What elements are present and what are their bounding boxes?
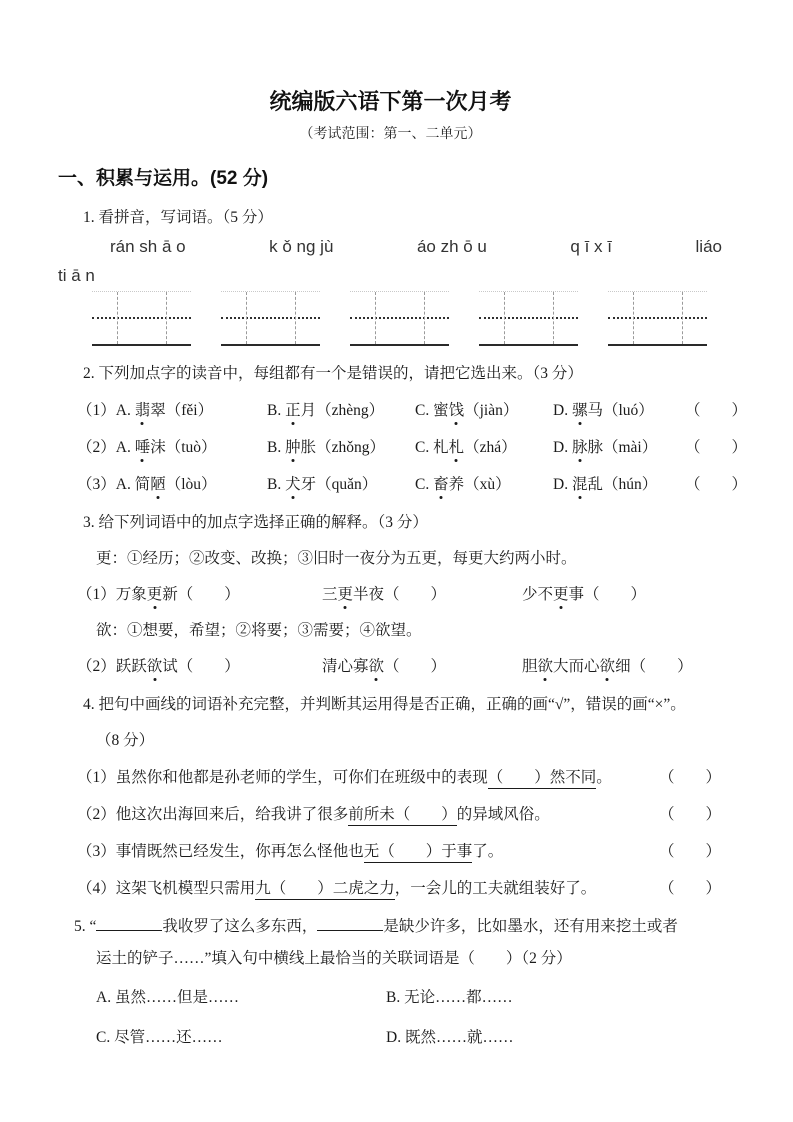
q4-stem-line2: （8 分） [58, 730, 723, 751]
dotted-char: 混 [572, 474, 588, 495]
section-1-heading: 一、积累与运用。(52 分) [58, 163, 723, 190]
judge-blank: （ ） [659, 878, 723, 899]
idiom-item: 清心寡欲（ ） [322, 656, 522, 677]
dotted-char: 更 [147, 584, 163, 605]
dotted-char: 札 [449, 437, 465, 458]
pinyin-word: áo zh ō u [417, 237, 487, 257]
question-5: 5. “我收罗了这么多东西，是缺少许多，比如墨水，还有用来挖土或者 运土的铲子…… [58, 916, 723, 1048]
q1-stem: 1. 看拼音，写词语。（5 分） [58, 207, 723, 228]
q2-row-2: （2）A. 唾沫（tuò） B. 肿胀（zhǒng） C. 札札（zhá） D.… [58, 437, 723, 458]
judge-blank: （ ） [659, 767, 723, 788]
idiom-item: （1）万象更新（ ） [77, 584, 322, 605]
dotted-char: 欲 [538, 656, 554, 677]
sentence: （1）虽然你和他都是孙老师的学生，可你们在班级中的表现（ ）然不同。 [77, 767, 612, 788]
page-title: 统编版六语下第一次月考 [58, 88, 723, 116]
option-d: D. 既然……就…… [386, 1027, 723, 1048]
item-number: （2） [77, 806, 116, 823]
q5-options: A. 虽然……但是…… B. 无论……都…… C. 尽管……还…… D. 既然…… [58, 987, 723, 1048]
question-2: 2. 下列加点字的读音中，每组都有一个是错误的，请把它选出来。（3 分） （1）… [58, 363, 723, 495]
writing-grid [350, 291, 449, 346]
option-b: B. 肿胀（zhǒng） [267, 437, 415, 458]
item-number: （3） [77, 476, 116, 493]
pinyin-word: rán sh ā o [110, 237, 186, 257]
q3-row-2: （2）跃跃欲试（ ） 清心寡欲（ ） 胆欲大而心欲细（ ） [58, 656, 723, 677]
writing-grid [608, 291, 707, 346]
item-number: （2） [77, 658, 116, 675]
underlined-phrase: 无（ ）于事 [364, 843, 473, 863]
answer-blank: （ ） [685, 400, 751, 421]
q4-stem-line1: 4. 把句中画线的词语补充完整，并判断其运用得是否正确，正确的画“√”，错误的画… [58, 694, 723, 715]
option-c: C. 蜜饯（jiàn） [415, 400, 553, 421]
underlined-phrase: 前所未（ ） [348, 806, 457, 826]
dotted-char: 畜 [433, 474, 449, 495]
item-number: （4） [77, 880, 116, 897]
option-a: （3）A. 简陋（lòu） [77, 474, 267, 495]
q2-row-1: （1）A. 翡翠（fěi） B. 正月（zhèng） C. 蜜饯（jiàn） D… [58, 400, 723, 421]
option-c: C. 畜养（xù） [415, 474, 553, 495]
idiom-item: （2）跃跃欲试（ ） [77, 656, 322, 677]
q3-row-1: （1）万象更新（ ） 三更半夜（ ） 少不更事（ ） [58, 584, 723, 605]
item-number: （2） [77, 439, 116, 456]
dotted-char: 正 [285, 400, 301, 421]
option-d: D. 脉脉（mài） [553, 437, 685, 458]
dotted-char: 更 [338, 584, 354, 605]
question-4: 4. 把句中画线的词语补充完整，并判断其运用得是否正确，正确的画“√”，错误的画… [58, 694, 723, 899]
judge-blank: （ ） [659, 804, 723, 825]
sentence: （2）他这次出海回来后，给我讲了很多前所未（ ）的异域风俗。 [77, 804, 550, 825]
idiom-item: 胆欲大而心欲细（ ） [522, 656, 723, 677]
option-b: B. 正月（zhèng） [267, 400, 415, 421]
q4-item-1: （1）虽然你和他都是孙老师的学生，可你们在班级中的表现（ ）然不同。 （ ） [58, 767, 723, 788]
idiom-item: 三更半夜（ ） [322, 584, 522, 605]
underlined-phrase: （ ）然不同 [488, 769, 597, 789]
underlined-phrase: 九（ ）二虎之力 [255, 880, 395, 900]
dotted-char: 更 [553, 584, 569, 605]
q2-row-3: （3）A. 简陋（lòu） B. 犬牙（quǎn） C. 畜养（xù） D. 混… [58, 474, 723, 495]
option-d: D. 混乱（hún） [553, 474, 685, 495]
item-number: （1） [77, 586, 116, 603]
q5-stem-line1: 5. “我收罗了这么多东西，是缺少许多，比如墨水，还有用来挖土或者 [58, 916, 723, 937]
option-d: D. 骡马（luó） [553, 400, 685, 421]
q4-item-3: （3）事情既然已经发生，你再怎么怪他也无（ ）于事了。 （ ） [58, 841, 723, 862]
idiom-item: 少不更事（ ） [522, 584, 723, 605]
q1-writing-grids [92, 291, 723, 346]
option-a: （1）A. 翡翠（fěi） [77, 400, 267, 421]
option-c: C. 札札（zhá） [415, 437, 553, 458]
answer-blank: （ ） [685, 474, 751, 495]
item-number: （1） [77, 769, 116, 786]
q1-pinyin-row: rán sh ā o k ǒ ng jù áo zh ō u q ī x ī l… [110, 237, 722, 257]
writing-grid [221, 291, 320, 346]
option-a: A. 虽然……但是…… [96, 987, 386, 1008]
exam-scope-subtitle: （考试范围：第一、二单元） [58, 123, 723, 143]
fill-blank-line [317, 916, 383, 931]
exam-document: 统编版六语下第一次月考 （考试范围：第一、二单元） 一、积累与运用。(52 分)… [0, 0, 793, 1048]
question-3: 3. 给下列词语中的加点字选择正确的解释。（3 分） 更：①经历；②改变、改换；… [58, 512, 723, 677]
item-number: （3） [77, 843, 116, 860]
dotted-char: 唾 [135, 437, 151, 458]
q4-item-2: （2）他这次出海回来后，给我讲了很多前所未（ ）的异域风俗。 （ ） [58, 804, 723, 825]
sentence: （3）事情既然已经发生，你再怎么怪他也无（ ）于事了。 [77, 841, 503, 862]
dotted-char: 饯 [449, 400, 465, 421]
answer-blank: （ ） [685, 437, 751, 458]
pinyin-word: liáo [696, 237, 722, 257]
pinyin-word-wrapped: ti ā n [58, 266, 723, 286]
fill-blank-line [96, 916, 162, 931]
dotted-char: 犬 [285, 474, 301, 495]
option-b: B. 犬牙（quǎn） [267, 474, 415, 495]
dotted-char: 肿 [285, 437, 301, 458]
writing-grid [479, 291, 578, 346]
dotted-char: 骡 [572, 400, 588, 421]
judge-blank: （ ） [659, 841, 723, 862]
option-c: C. 尽管……还…… [96, 1027, 386, 1048]
q3-definition-geng: 更：①经历；②改变、改换；③旧时一夜分为五更，每更大约两小时。 [58, 548, 723, 569]
dotted-char: 脉 [572, 437, 588, 458]
dotted-char: 欲 [369, 656, 385, 677]
writing-grid [92, 291, 191, 346]
dotted-char: 欲 [147, 656, 163, 677]
dotted-char: 陋 [150, 474, 166, 495]
pinyin-word: q ī x ī [570, 237, 612, 257]
question-1: 1. 看拼音，写词语。（5 分） rán sh ā o k ǒ ng jù áo… [58, 207, 723, 346]
sentence: （4）这架飞机模型只需用九（ ）二虎之力，一会儿的工夫就组装好了。 [77, 878, 596, 899]
q3-stem: 3. 给下列词语中的加点字选择正确的解释。（3 分） [58, 512, 723, 533]
pinyin-word: k ǒ ng jù [269, 237, 333, 257]
q3-definition-yu: 欲：①想要，希望；②将要；③需要；④欲望。 [58, 620, 723, 641]
option-b: B. 无论……都…… [386, 987, 723, 1008]
dotted-char: 欲 [600, 656, 616, 677]
option-a: （2）A. 唾沫（tuò） [77, 437, 267, 458]
q4-item-4: （4）这架飞机模型只需用九（ ）二虎之力，一会儿的工夫就组装好了。 （ ） [58, 878, 723, 899]
dotted-char: 翡 [135, 400, 151, 421]
q5-stem-line2: 运土的铲子……”填入句中横线上最恰当的关联词语是（ ）（2 分） [58, 948, 723, 969]
q2-stem: 2. 下列加点字的读音中，每组都有一个是错误的，请把它选出来。（3 分） [58, 363, 723, 384]
item-number: （1） [77, 402, 116, 419]
